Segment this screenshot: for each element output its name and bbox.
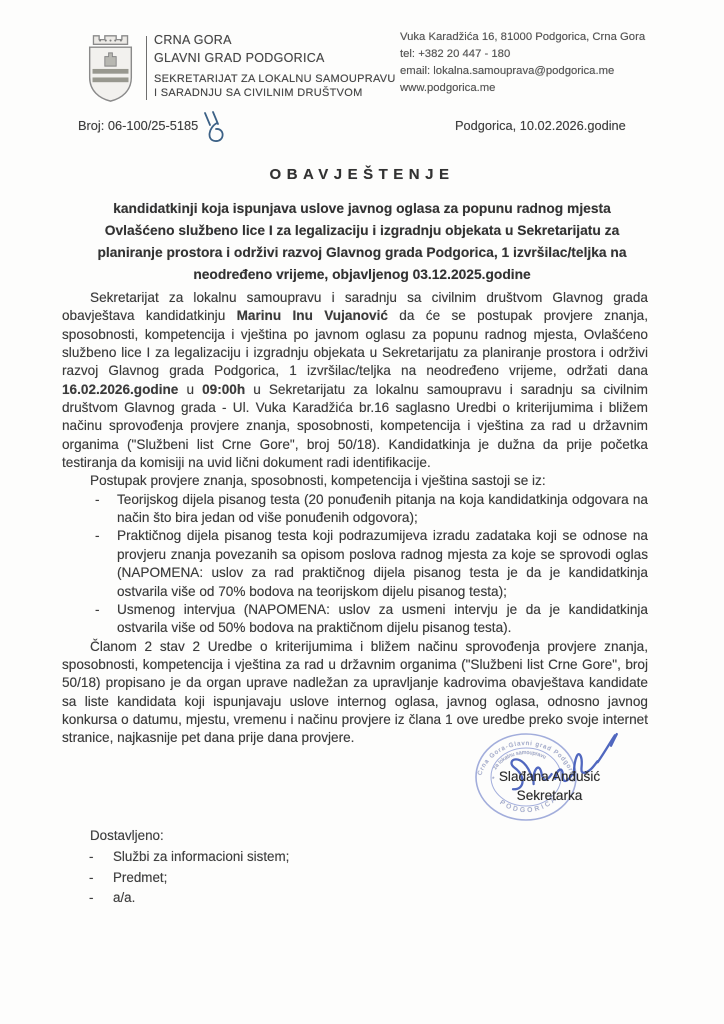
emphasized-text: 16.02.2026.godine xyxy=(62,382,178,397)
organization-block: CRNA GORA GLAVNI GRAD PODGORICA SEKRETAR… xyxy=(154,31,396,100)
body-text: u xyxy=(178,382,202,397)
distribution-block: Dostavljeno: Službi za informacioni sist… xyxy=(85,826,289,909)
document-body: Sekretarijat za lokalnu samoupravu i sar… xyxy=(62,289,648,748)
place-and-date: Podgorica, 10.02.2026.godine xyxy=(455,118,626,133)
distribution-list: Službi za informacioni sistem;Predmet;a/… xyxy=(85,847,289,909)
list-item: Teorijskog dijela pisanog testa (20 ponu… xyxy=(117,491,648,528)
main-paragraph: Sekretarijat za lokalnu samoupravu i sar… xyxy=(62,289,648,472)
reference-number: Broj: 06-100/25-5185 xyxy=(78,118,198,133)
procedure-list: Teorijskog dijela pisanog testa (20 ponu… xyxy=(62,491,648,638)
contact-address: Vuka Karadžića 16, 81000 Podgorica, Crna… xyxy=(400,29,645,46)
contact-email: email: lokalna.samouprava@podgorica.me xyxy=(400,63,645,80)
header-divider xyxy=(146,36,147,100)
subtitle-line: neodređeno vrijeme, objavljenog 03.12.20… xyxy=(54,264,670,286)
podgorica-coat-of-arms-icon xyxy=(84,32,137,109)
org-city: GLAVNI GRAD PODGORICA xyxy=(154,49,396,68)
contact-block: Vuka Karadžića 16, 81000 Podgorica, Crna… xyxy=(400,29,645,97)
subtitle-line: Ovlašćeno službeno lice I za legalizacij… xyxy=(54,220,670,242)
org-country: CRNA GORA xyxy=(154,31,396,49)
procedure-intro: Postupak provjere znanja, sposobnosti, k… xyxy=(62,472,648,490)
distribution-label: Dostavljeno: xyxy=(90,826,289,847)
emphasized-text: Marinu Inu Vujanović xyxy=(237,308,388,323)
list-item: a/a. xyxy=(113,888,289,909)
document-title: OBAVJEŠTENJE xyxy=(0,166,724,183)
document-subtitle: kandidatkinji koja ispunjava uslove javn… xyxy=(54,198,670,286)
contact-website: www.podgorica.me xyxy=(400,80,645,97)
list-item: Usmenog intervjua (NAPOMENA: uslov za us… xyxy=(117,601,648,638)
signatory-name: Slađana Anđušić xyxy=(467,769,632,784)
org-secretariat-line1: SEKRETARIJAT ZA LOKALNU SAMOUPRAVU xyxy=(154,72,396,86)
document-page: CRNA GORA GLAVNI GRAD PODGORICA SEKRETAR… xyxy=(0,0,724,1024)
subtitle-line: kandidatkinji koja ispunjava uslove javn… xyxy=(54,198,670,220)
subtitle-line: planiranje prostora i održivi razvoj Gla… xyxy=(54,242,670,264)
emphasized-text: 09:00h xyxy=(202,382,245,397)
signatory-role: Sekretarka xyxy=(467,788,632,803)
list-item: Praktičnog dijela pisanog testa koji pod… xyxy=(117,527,648,600)
list-item: Predmet; xyxy=(113,868,289,889)
org-secretariat-line2: I SARADNJU SA CIVILNIM DRUŠTVOM xyxy=(154,86,396,100)
contact-phone: tel: +382 20 447 - 180 xyxy=(400,46,645,63)
handwritten-pen-mark-icon xyxy=(201,110,227,153)
list-item: Službi za informacioni sistem; xyxy=(113,847,289,868)
